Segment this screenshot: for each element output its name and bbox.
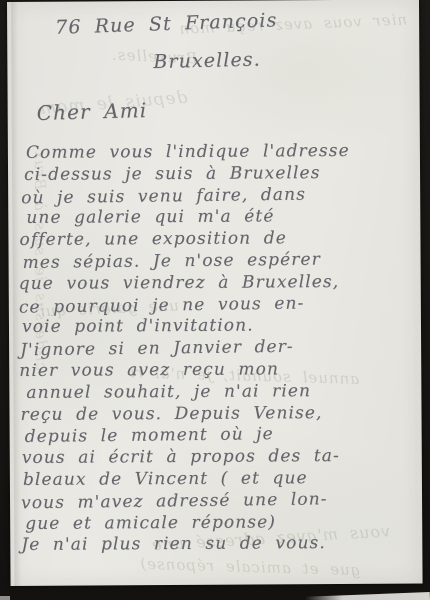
- photo-backdrop: nier vous avez reçu mon Bruxelles. depui…: [0, 0, 430, 600]
- letter-line: nier vous avez reçu mon: [19, 358, 417, 382]
- letter-body: Comme vous l'indique l'adresse ci-dessus…: [18, 141, 419, 558]
- address-line-city: Bruxelles.: [153, 49, 261, 74]
- letter-line: une galerie qui m'a été: [26, 206, 416, 230]
- letter-line: ci-dessus je suis à Bruxelles: [24, 162, 416, 186]
- paper-edge-sliver: [305, 592, 430, 600]
- address-line-street: 76 Rue St François: [55, 9, 278, 39]
- letter-line: où je suis venu faire, dans: [21, 183, 416, 210]
- letter-line: gue et amicale réponse): [25, 511, 418, 535]
- letter-line: mes sépias. Je n'ose espérer: [22, 248, 416, 274]
- paper-edge-sliver: [0, 596, 10, 600]
- letter-line: Je n'ai plus rien su de vous.: [21, 533, 418, 557]
- letter-line: Comme vous l'indique l'adresse: [26, 141, 416, 165]
- salutation: Cher Ami: [36, 98, 147, 125]
- letter-line: annuel souhait, je n'ai rien: [26, 380, 417, 404]
- letter-paper: nier vous avez reçu mon Bruxelles. depui…: [7, 0, 423, 586]
- letter-line: vous ai écrit à propos des ta-: [22, 446, 418, 470]
